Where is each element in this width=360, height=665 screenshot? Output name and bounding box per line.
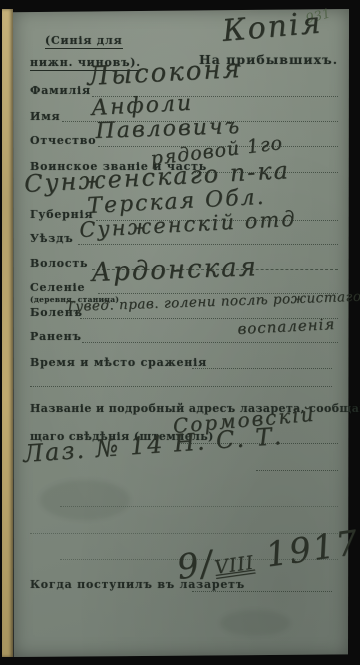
battle-label: Время и мѣсто сраженія bbox=[30, 356, 207, 369]
admission-date-month: VIII bbox=[213, 553, 255, 579]
surname-label: Фамилія bbox=[30, 84, 91, 97]
first-name-label: Имя bbox=[30, 110, 60, 123]
card-left-edge bbox=[2, 9, 13, 657]
patronymic-label: Отчество bbox=[30, 134, 96, 147]
district-ruling bbox=[78, 244, 338, 245]
form-type-note-line1: (Синія для bbox=[45, 34, 123, 49]
settlement-label: Селеніе bbox=[30, 281, 85, 294]
paper-stain bbox=[40, 480, 130, 520]
hospital-ruling-line2 bbox=[256, 470, 338, 471]
paper-stain bbox=[220, 610, 290, 636]
blank-ruling bbox=[60, 506, 338, 507]
scanned-document-page: { "scan": { "archive_number": "931", "co… bbox=[0, 0, 360, 665]
wounded-ruling bbox=[82, 342, 338, 343]
volost-label: Волость bbox=[30, 257, 88, 270]
battle-ruling-line2 bbox=[30, 386, 332, 387]
district-label: Уѣздъ bbox=[30, 232, 73, 245]
settlement-value: Ардонская bbox=[91, 252, 258, 288]
battle-ruling bbox=[192, 368, 332, 369]
admission-ruling bbox=[192, 591, 332, 592]
wounded-label: Раненъ bbox=[30, 330, 82, 343]
